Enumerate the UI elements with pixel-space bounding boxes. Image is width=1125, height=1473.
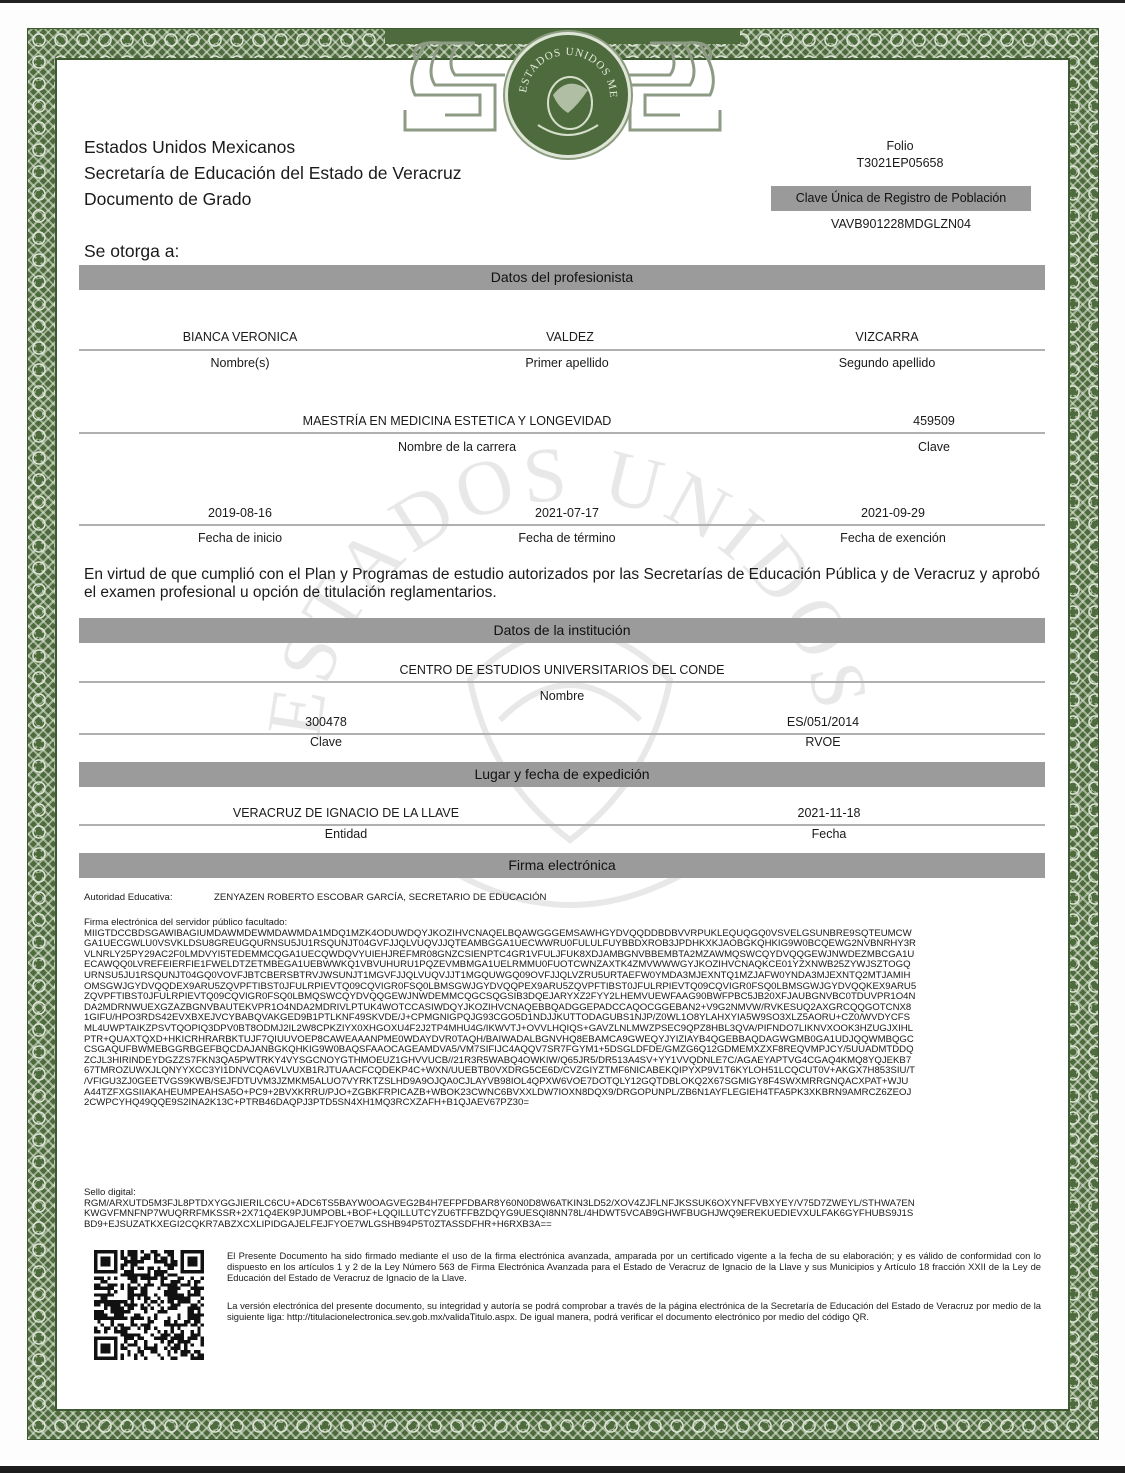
folio-value: T3021EP05658 bbox=[810, 156, 990, 170]
segundo-apellido-label: Segundo apellido bbox=[839, 356, 936, 370]
clave-carrera-value: 459509 bbox=[913, 414, 955, 428]
signature-line: /VFIGU3ZJ0GEETVGS9KWB/SEJFDTUVM3JZMKM5AL… bbox=[84, 1077, 1044, 1088]
screen-top-edge bbox=[0, 0, 1125, 3]
signature-line: URNSU5JU1RSQUNJT04GQ0VOVFJBTCBERSBTRVJWS… bbox=[84, 971, 1044, 982]
country-heading: Estados Unidos Mexicanos bbox=[84, 137, 295, 158]
clave-carrera-label: Clave bbox=[918, 440, 950, 454]
entidad-label: Entidad bbox=[325, 827, 367, 841]
fecha-exencion-value: 2021-09-29 bbox=[861, 506, 925, 520]
rvoe-label: RVOE bbox=[805, 735, 840, 749]
carrera-value: MAESTRÍA EN MEDICINA ESTETICA Y LONGEVID… bbox=[303, 414, 612, 428]
fecha-expedicion-value: 2021-11-18 bbox=[797, 806, 860, 820]
fecha-termino-value: 2021-07-17 bbox=[535, 506, 599, 520]
eagle-emblem-icon: ESTADOS UNIDOS MEXICANOS bbox=[508, 35, 628, 155]
fecha-termino-label: Fecha de término bbox=[518, 531, 615, 545]
institucion-nombre-value: CENTRO DE ESTUDIOS UNIVERSITARIOS DEL CO… bbox=[399, 663, 724, 677]
rvoe-value: ES/051/2014 bbox=[787, 715, 859, 729]
signature-line: 2CWPCYHQ49QQE9S2INA2K13C+PTRB46DAQPJ3PTD… bbox=[84, 1098, 1044, 1109]
institucion-clave-label: Clave bbox=[310, 735, 342, 749]
fecha-exencion-label: Fecha de exención bbox=[840, 531, 946, 545]
firma-servidor-block: Firma electrónica del servidor público f… bbox=[84, 918, 1044, 1109]
fecha-inicio-value: 2019-08-16 bbox=[208, 506, 272, 520]
fecha-inicio-label: Fecha de inicio bbox=[198, 531, 282, 545]
sello-digital-string: RGM/ARXUTD5M3FJL8PTDXYGGJIERILC6CU+ADC6T… bbox=[84, 1199, 1044, 1231]
divider bbox=[79, 432, 1045, 434]
divider bbox=[79, 681, 1045, 683]
divider bbox=[79, 524, 1045, 526]
autoridad-label: Autoridad Educativa: bbox=[84, 893, 173, 904]
carrera-label: Nombre de la carrera bbox=[398, 440, 516, 454]
nombre-value: BIANCA VERONICA bbox=[183, 330, 298, 344]
section-datos-institucion: Datos de la institución bbox=[79, 618, 1045, 643]
signature-line: ML4UWPTAIKZPSVTQOPIQ3DPV0BT8ODMJ2IL2W8CP… bbox=[84, 1024, 1044, 1035]
folio-label: Folio bbox=[810, 139, 990, 153]
divider bbox=[79, 824, 1045, 826]
segundo-apellido-value: VIZCARRA bbox=[855, 330, 918, 344]
divider bbox=[79, 349, 1045, 351]
legal-paragraph-signature: El Presente Documento ha sido firmado me… bbox=[227, 1250, 1041, 1284]
fecha-expedicion-label: Fecha bbox=[812, 827, 847, 841]
curp-label: Clave Única de Registro de Población bbox=[771, 186, 1031, 211]
primer-apellido-value: VALDEZ bbox=[546, 330, 594, 344]
signature-line: BD9+EJSUZATKXEGI2CQKR7ABZXCXLIPIDGAJELFE… bbox=[84, 1220, 1044, 1231]
entidad-value: VERACRUZ DE IGNACIO DE LA LLAVE bbox=[233, 806, 459, 820]
sello-digital-label: Sello digital: bbox=[84, 1188, 1044, 1199]
screen-bottom-edge bbox=[0, 1466, 1125, 1473]
section-lugar-fecha-expedicion: Lugar y fecha de expedición bbox=[79, 762, 1045, 787]
primer-apellido-label: Primer apellido bbox=[525, 356, 608, 370]
section-datos-profesionista: Datos del profesionista bbox=[79, 265, 1045, 290]
institucion-nombre-label: Nombre bbox=[540, 689, 584, 703]
nombre-label: Nombre(s) bbox=[210, 356, 269, 370]
firma-servidor-label: Firma electrónica del servidor público f… bbox=[84, 918, 1044, 929]
qr-code-icon[interactable] bbox=[94, 1250, 204, 1360]
divider bbox=[79, 733, 1045, 735]
se-otorga-heading: Se otorga a: bbox=[84, 241, 179, 262]
autoridad-value: ZENYAZEN ROBERTO ESCOBAR GARCÍA, SECRETA… bbox=[214, 893, 546, 904]
institucion-clave-value: 300478 bbox=[305, 715, 347, 729]
firma-servidor-string: MIIGTDCCBDSGAWIBAGIUMDAWMDEWMDAWMDA1MDQ1… bbox=[84, 929, 1044, 1109]
document-type-heading: Documento de Grado bbox=[84, 189, 251, 210]
legal-paragraph-verification: La versión electrónica del presente docu… bbox=[227, 1300, 1041, 1322]
curp-value: VAVB901228MDGLZN04 bbox=[811, 217, 991, 231]
sello-digital-block: Sello digital: RGM/ARXUTD5M3FJL8PTDXYGGJ… bbox=[84, 1188, 1044, 1230]
accreditation-statement: En virtud de que cumplió con el Plan y P… bbox=[84, 566, 1040, 602]
section-firma-electronica: Firma electrónica bbox=[79, 853, 1045, 878]
national-seal: ESTADOS UNIDOS MEXICANOS bbox=[505, 32, 631, 158]
secretariat-heading: Secretaría de Educación del Estado de Ve… bbox=[84, 163, 461, 184]
